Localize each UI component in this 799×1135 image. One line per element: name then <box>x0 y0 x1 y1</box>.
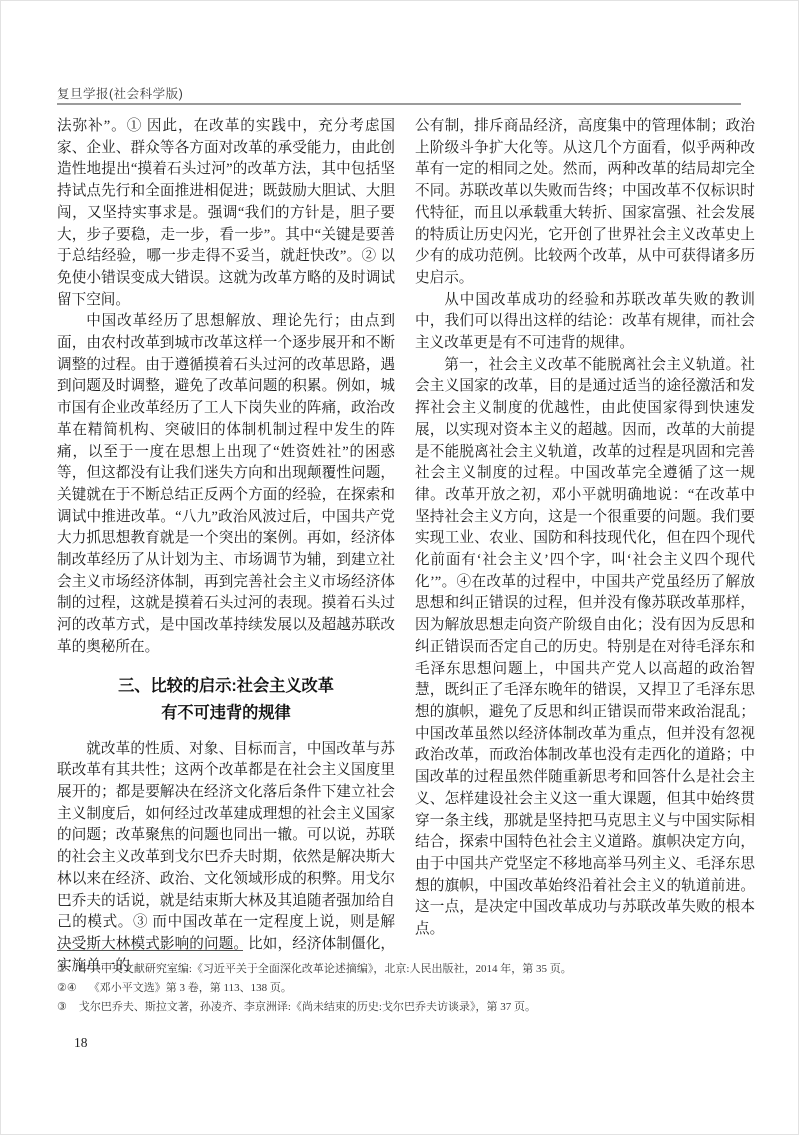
footnote-item: ① 中共中央文献研究室编:《习近平关于全面深化改革论述摘编》，北京:人民出版社，… <box>57 960 755 979</box>
footnote-item: ③ 戈尔巴乔夫、斯拉文著，孙凌齐、李京洲译:《尚未结束的历史:戈尔巴乔夫访谈录》… <box>57 998 755 1017</box>
paragraph: 从中国改革成功的经验和苏联改革失败的教训中，我们可以得出这样的结论：改革有规律，… <box>415 290 755 355</box>
article-body: 法弥补”。① 因此，在改革的实践中，充分考虑国家、企业、群众等各方面对改革的承受… <box>57 116 755 977</box>
footnotes-section: ① 中共中央文献研究室编:《习近平关于全面深化改革论述摘编》，北京:人民出版社，… <box>57 950 755 1017</box>
section-heading: 三、比较的启示:社会主义改革 有不可违背的规律 <box>63 673 389 727</box>
footnote-divider <box>57 950 243 951</box>
journal-page: 复旦学报(社会科学版) 法弥补”。① 因此，在改革的实践中，充分考虑国家、企业、… <box>0 0 799 1135</box>
footnote-text: 中共中央文献研究室编:《习近平关于全面深化改革论述摘编》，北京:人民出版社，20… <box>79 960 755 979</box>
journal-title: 复旦学报(社会科学版) <box>57 84 183 102</box>
page-number: 18 <box>74 1035 88 1051</box>
section-heading-line2: 有不可违背的规律 <box>63 700 389 727</box>
footnote-marker: ③ <box>57 998 67 1017</box>
paragraph: 法弥补”。① 因此，在改革的实践中，充分考虑国家、企业、群众等各方面对改革的承受… <box>57 116 395 311</box>
section-heading-line1: 三、比较的启示:社会主义改革 <box>63 673 389 700</box>
footnote-text: 戈尔巴乔夫、斯拉文著，孙凌齐、李京洲译:《尚未结束的历史:戈尔巴乔夫访谈录》，第… <box>79 998 755 1017</box>
footnote-text: 《邓小平文选》第 3 卷，第 113、138 页。 <box>89 979 755 998</box>
left-column: 法弥补”。① 因此，在改革的实践中，充分考虑国家、企业、群众等各方面对改革的承受… <box>57 116 395 977</box>
paragraph: 第一，社会主义改革不能脱离社会主义轨道。社会主义国家的改革，目的是通过适当的途径… <box>415 355 755 941</box>
header-divider <box>57 103 741 105</box>
footnote-marker: ②④ <box>57 979 77 998</box>
paragraph: 中国改革经历了思想解放、理论先行；由点到面，由农村改革到城市改革这样一个逐步展开… <box>57 311 395 658</box>
paragraph: 公有制，排斥商品经济，高度集中的管理体制；政治上阶级斗争扩大化等。从这几个方面看… <box>415 116 755 290</box>
right-column: 公有制，排斥商品经济，高度集中的管理体制；政治上阶级斗争扩大化等。从这几个方面看… <box>415 116 755 941</box>
footnote-item: ②④ 《邓小平文选》第 3 卷，第 113、138 页。 <box>57 979 755 998</box>
footnote-marker: ① <box>57 960 67 979</box>
paragraph: 就改革的性质、对象、目标而言，中国改革与苏联改革有其共性；这两个改革都是在社会主… <box>57 739 395 978</box>
